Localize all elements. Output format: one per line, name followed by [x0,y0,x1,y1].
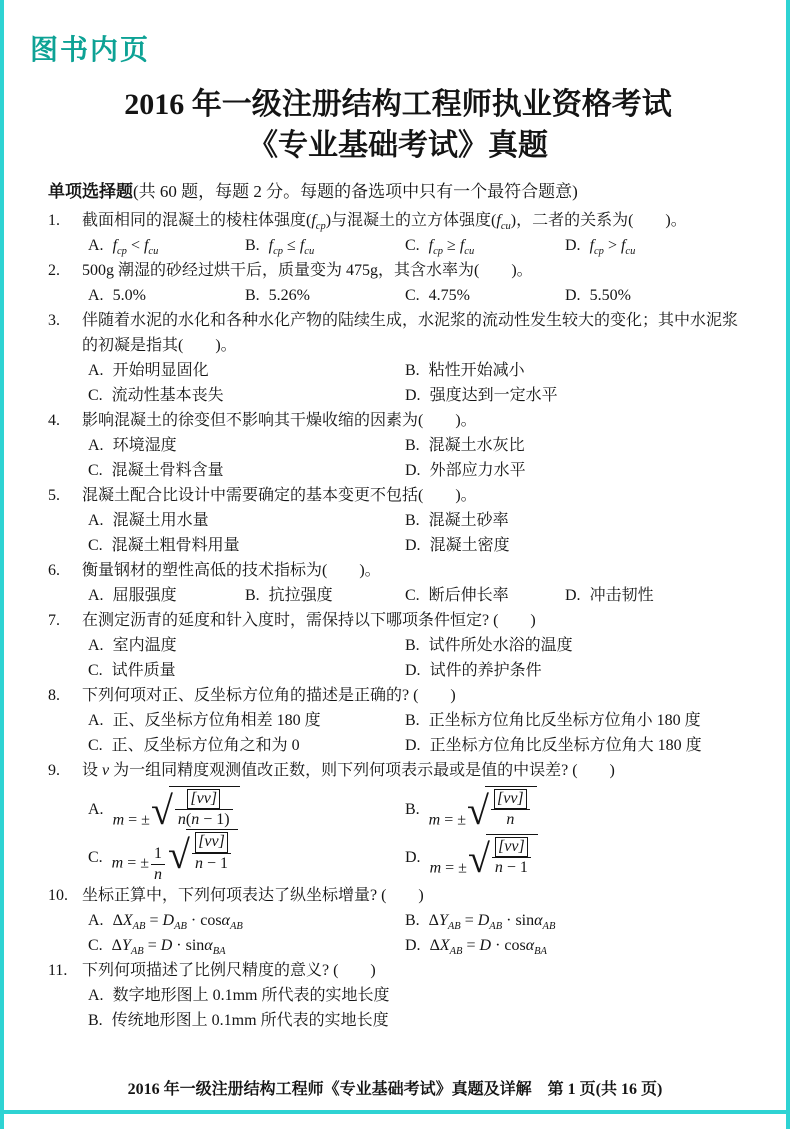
question-stem: 在测定沥青的延度和针入度时，需保持以下哪项条件恒定? ( ) [82,608,748,633]
option-c: C.4.75% [405,283,565,308]
question-number: 6. [48,558,82,608]
option-a: A.开始明显固化 [88,358,405,383]
exam-title-line1: 2016 年一级注册结构工程师执业资格考试 [48,84,748,125]
options-grid: A.ΔXAB = DAB · cosαAB B.ΔYAB = DAB · sin… [88,908,748,958]
question-1: 1. 截面相同的混凝土的棱柱体强度(fcp)与混凝土的立方体强度(fcu)，二者… [48,208,748,258]
option-b: B.正坐标方位角比反坐标方位角小 180 度 [405,708,748,733]
options-grid: A.正、反坐标方位角相差 180 度 B.正坐标方位角比反坐标方位角小 180 … [88,708,748,758]
question-6: 6. 衡量钢材的塑性高低的技术指标为( )。 A.屈服强度 B.抗拉强度 C.断… [48,558,748,608]
question-number: 9. [48,758,82,883]
option-d: D.冲击韧性 [565,583,748,608]
option-d: D.混凝土密度 [405,533,748,558]
option-d: D.ΔXAB = D · cosαBA [405,933,748,958]
exam-title-line2: 《专业基础考试》真题 [48,125,748,166]
option-b: B.粘性开始减小 [405,358,748,383]
question-stem: 混凝土配合比设计中需要确定的基本变更不包括( )。 [82,483,748,508]
option-b: B.ΔYAB = DAB · sinαAB [405,908,748,933]
option-d: D.m = ±√[vv]n − 1 [405,833,748,881]
question-number: 5. [48,483,82,558]
options-row: A.5.0% B.5.26% C.4.75% D.5.50% [88,283,748,308]
option-d: D.强度达到一定水平 [405,383,748,408]
option-c: C.fcp ≥ fcu [405,233,565,258]
question-2: 2. 500g 潮湿的砂经过烘干后，质量变为 475g，其含水率为( )。 A.… [48,258,748,308]
option-d: D.试件的养护条件 [405,658,748,683]
option-b: B.5.26% [245,283,405,308]
question-list: 1. 截面相同的混凝土的棱柱体强度(fcp)与混凝土的立方体强度(fcu)，二者… [48,208,748,1033]
option-c: C.流动性基本丧失 [88,383,405,408]
question-stem: 伴随着水泥的水化和各种水化产物的陆续生成，水泥浆的流动性发生较大的变化；其中水泥… [82,308,748,358]
question-3: 3. 伴随着水泥的水化和各种水化产物的陆续生成，水泥浆的流动性发生较大的变化；其… [48,308,748,408]
option-d: D.fcp > fcu [565,233,748,258]
options-row: A.屈服强度 B.抗拉强度 C.断后伸长率 D.冲击韧性 [88,583,748,608]
question-11: 11. 下列何项描述了比例尺精度的意义? ( ) A.数字地形图上 0.1mm … [48,958,748,1033]
question-stem: 截面相同的混凝土的棱柱体强度(fcp)与混凝土的立方体强度(fcu)，二者的关系… [82,208,748,233]
option-a: A.室内温度 [88,633,405,658]
question-8: 8. 下列何项对正、反坐标方位角的描述是正确的? ( ) A.正、反坐标方位角相… [48,683,748,758]
question-5: 5. 混凝土配合比设计中需要确定的基本变更不包括( )。 A.混凝土用水量 B.… [48,483,748,558]
option-b: B.传统地形图上 0.1mm 所代表的实地长度 [88,1008,748,1033]
option-c: C.混凝土粗骨料用量 [88,533,405,558]
option-c: C.混凝土骨料含量 [88,458,405,483]
question-stem: 下列何项描述了比例尺精度的意义? ( ) [82,958,748,983]
option-b: B.抗拉强度 [245,583,405,608]
option-a: A.混凝土用水量 [88,508,405,533]
question-stem: 坐标正算中，下列何项表达了纵坐标增量? ( ) [82,883,748,908]
option-a: A.ΔXAB = DAB · cosαAB [88,908,405,933]
option-b: B.fcp ≤ fcu [245,233,405,258]
bottom-border-rule [0,1110,790,1114]
question-number: 10. [48,883,82,958]
option-a: A.环境湿度 [88,433,405,458]
option-b: B.混凝土水灰比 [405,433,748,458]
option-a: A.m = ±√[vv]n(n − 1) [88,785,405,833]
options-grid: A.开始明显固化 B.粘性开始减小 C.流动性基本丧失 D.强度达到一定水平 [88,358,748,408]
option-b: B.混凝土砂率 [405,508,748,533]
exam-title: 2016 年一级注册结构工程师执业资格考试 《专业基础考试》真题 [48,84,748,166]
options-column: A.数字地形图上 0.1mm 所代表的实地长度 B.传统地形图上 0.1mm 所… [88,983,748,1033]
options-row: A.fcp < fcu B.fcp ≤ fcu C.fcp ≥ fcu D.fc… [88,233,748,258]
question-number: 11. [48,958,82,1033]
section-header: 单项选择题(共 60 题，每题 2 分。每题的备选项中只有一个最符合题意) [48,179,748,204]
question-stem: 衡量钢材的塑性高低的技术指标为( )。 [82,558,748,583]
question-4: 4. 影响混凝土的徐变但不影响其干燥收缩的因素为( )。 A.环境湿度 B.混凝… [48,408,748,483]
left-border-rule [0,0,4,1129]
option-a: A.数字地形图上 0.1mm 所代表的实地长度 [88,983,748,1008]
options-grid: A.室内温度 B.试件所处水浴的温度 C.试件质量 D.试件的养护条件 [88,633,748,683]
option-d: D.5.50% [565,283,748,308]
question-number: 8. [48,683,82,758]
section-header-rest: (共 60 题，每题 2 分。每题的备选项中只有一个最符合题意) [133,182,578,201]
option-a: A.屈服强度 [88,583,245,608]
question-stem: 500g 潮湿的砂经过烘干后，质量变为 475g，其含水率为( )。 [82,258,748,283]
question-7: 7. 在测定沥青的延度和针入度时，需保持以下哪项条件恒定? ( ) A.室内温度… [48,608,748,683]
question-number: 3. [48,308,82,408]
option-c: C.正、反坐标方位角之和为 0 [88,733,405,758]
page-footer: 2016 年一级注册结构工程师《专业基础考试》真题及详解 第 1 页(共 16 … [0,1076,790,1099]
option-a: A.5.0% [88,283,245,308]
question-stem: 下列何项对正、反坐标方位角的描述是正确的? ( ) [82,683,748,708]
option-d: D.正坐标方位角比反坐标方位角大 180 度 [405,733,748,758]
option-b: B.m = ±√[vv]n [405,785,748,833]
right-border-rule [786,0,790,1129]
book-page: 图书内页 2016 年一级注册结构工程师执业资格考试 《专业基础考试》真题 单项… [0,0,790,1129]
question-number: 4. [48,408,82,483]
options-grid: A.混凝土用水量 B.混凝土砂率 C.混凝土粗骨料用量 D.混凝土密度 [88,508,748,558]
section-header-bold: 单项选择题 [48,182,133,201]
question-10: 10. 坐标正算中，下列何项表达了纵坐标增量? ( ) A.ΔXAB = DAB… [48,883,748,958]
question-number: 7. [48,608,82,683]
option-d: D.外部应力水平 [405,458,748,483]
option-a: A.fcp < fcu [88,233,245,258]
options-grid: A.m = ±√[vv]n(n − 1) B.m = ±√[vv]n C.m =… [88,785,748,881]
option-a: A.正、反坐标方位角相差 180 度 [88,708,405,733]
options-grid: A.环境湿度 B.混凝土水灰比 C.混凝土骨料含量 D.外部应力水平 [88,433,748,483]
option-b: B.试件所处水浴的温度 [405,633,748,658]
question-number: 1. [48,208,82,258]
question-stem: 设 v 为一组同精度观测值改正数，则下列何项表示最或是值的中误差? ( ) [82,758,748,783]
page-tag-label: 图书内页 [30,28,150,68]
option-c: C.断后伸长率 [405,583,565,608]
question-number: 2. [48,258,82,308]
question-9: 9. 设 v 为一组同精度观测值改正数，则下列何项表示最或是值的中误差? ( )… [48,758,748,883]
option-c: C.m = ±1n√[vv]n − 1 [88,833,405,881]
page-content: 2016 年一级注册结构工程师执业资格考试 《专业基础考试》真题 单项选择题(共… [48,84,748,1033]
option-c: C.ΔYAB = D · sinαBA [88,933,405,958]
option-c: C.试件质量 [88,658,405,683]
question-stem: 影响混凝土的徐变但不影响其干燥收缩的因素为( )。 [82,408,748,433]
